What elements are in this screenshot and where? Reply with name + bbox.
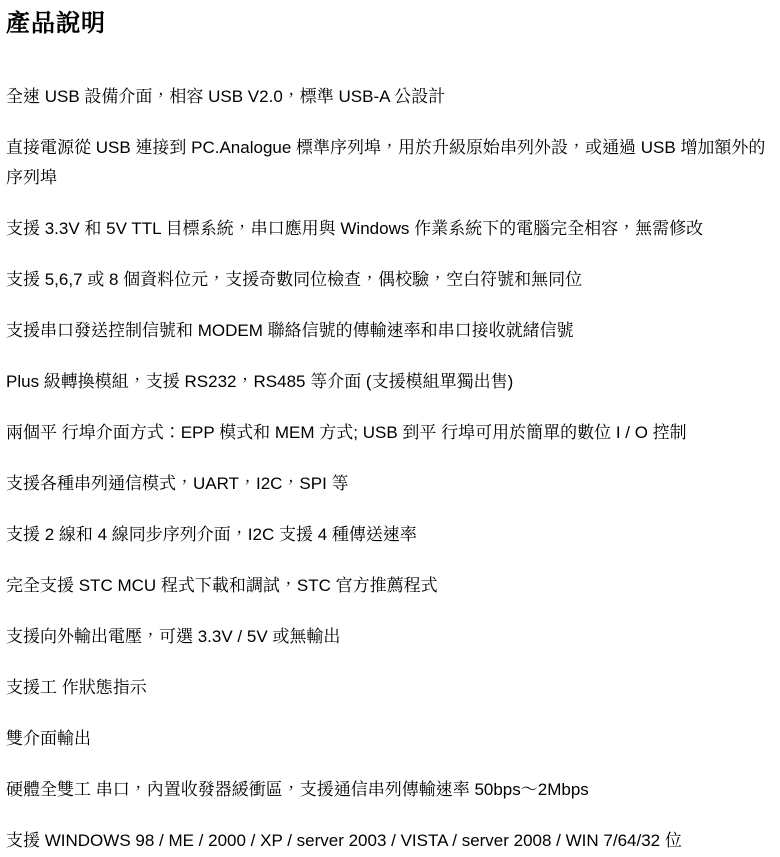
spec-paragraph-ttl-support: 支援 3.3V 和 5V TTL 目標系統，串口應用與 Windows 作業系統… — [6, 214, 772, 244]
spec-paragraph-power-source: 直接電源從 USB 連接到 PC.Analogue 標準序列埠，用於升級原始串列… — [6, 133, 772, 193]
spec-paragraph-serial-modes: 支援各種串列通信模式，UART，I2C，SPI 等 — [6, 469, 772, 499]
spec-paragraph-os-support: 支援 WINDOWS 98 / ME / 2000 / XP / server … — [6, 826, 772, 856]
spec-paragraph-parallel-port: 兩個平 行埠介面方式：EPP 模式和 MEM 方式; USB 到平 行埠可用於簡… — [6, 418, 772, 448]
spec-paragraph-output-voltage: 支援向外輸出電壓，可選 3.3V / 5V 或無輸出 — [6, 622, 772, 652]
spec-paragraph-plus-module: Plus 級轉換模組，支援 RS232，RS485 等介面 (支援模組單獨出售) — [6, 367, 772, 397]
spec-paragraph-modem-signals: 支援串口發送控制信號和 MODEM 聯絡信號的傳輸速率和串口接收就緒信號 — [6, 316, 772, 346]
spec-paragraph-sync-serial: 支援 2 線和 4 線同步序列介面，I2C 支援 4 種傳送速率 — [6, 520, 772, 550]
page-title: 產品說明 — [6, 8, 772, 40]
spec-paragraph-status-indicator: 支援工 作狀態指示 — [6, 673, 772, 703]
spec-paragraph-usb-interface: 全速 USB 設備介面，相容 USB V2.0，標準 USB-A 公設計 — [6, 82, 772, 112]
document-page: 產品說明 全速 USB 設備介面，相容 USB V2.0，標準 USB-A 公設… — [0, 0, 780, 857]
spec-paragraph-dual-interface: 雙介面輸出 — [6, 724, 772, 754]
spec-paragraph-data-bits: 支援 5,6,7 或 8 個資料位元，支援奇數同位檢查，偶校驗，空白符號和無同位 — [6, 265, 772, 295]
spec-paragraph-stc-mcu: 完全支援 STC MCU 程式下載和調試，STC 官方推薦程式 — [6, 571, 772, 601]
spec-paragraph-full-duplex: 硬體全雙工 串口，內置收發器緩衝區，支援通信串列傳輸速率 50bps～2Mbps — [6, 775, 772, 805]
